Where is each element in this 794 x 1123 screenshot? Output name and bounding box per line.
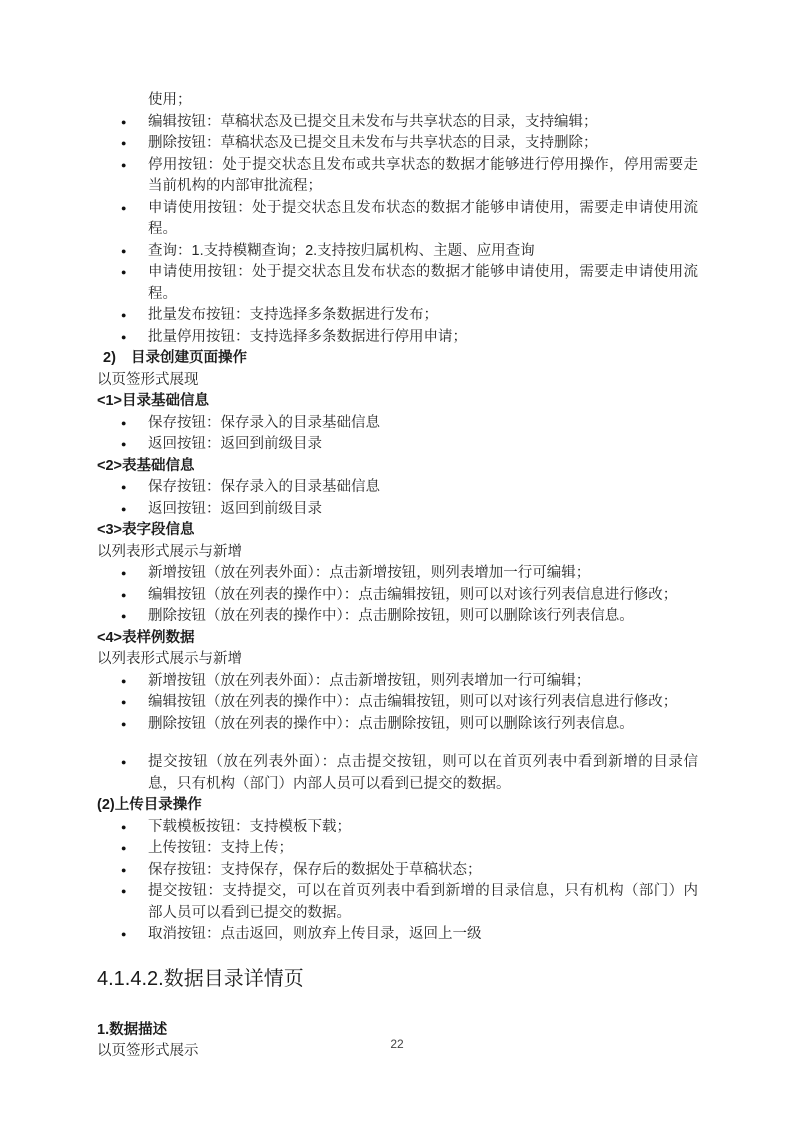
bullet-item: ●新增按钮（放在列表外面）：点击新增按钮，则列表增加一行可编辑； bbox=[97, 563, 698, 585]
bullet-icon: ● bbox=[121, 924, 126, 946]
bullet-item: ●删除按钮（放在列表的操作中）：点击删除按钮，则可以删除该行列表信息。 bbox=[97, 606, 698, 628]
bullet-item: ●提交按钮：支持提交，可以在首页列表中看到新增的目录信息，只有机构（部门）内部人… bbox=[97, 881, 698, 924]
section-title: 4.1.4.2.数据目录详情页 bbox=[97, 965, 698, 993]
bullet-item: ●返回按钮：返回到前级目录 bbox=[97, 434, 698, 456]
bullet-text: 编辑按钮（放在列表的操作中）：点击编辑按钮，则可以对该行列表信息进行修改； bbox=[148, 587, 677, 603]
bullet-icon: ● bbox=[121, 327, 126, 349]
document-body: 使用；●编辑按钮：草稿状态及已提交且未发布与共享状态的目录，支持编辑；●删除按钮… bbox=[97, 90, 698, 1063]
bullet-text: 提交按钮：支持提交，可以在首页列表中看到新增的目录信息，只有机构（部门）内部人员… bbox=[148, 883, 698, 921]
bullet-text: 保存按钮：保存录入的目录基础信息 bbox=[148, 479, 380, 495]
subsection-heading: <4>表样例数据 bbox=[97, 628, 698, 650]
bullet-icon: ● bbox=[121, 112, 126, 134]
bullet-item: ●保存按钮：支持保存，保存后的数据处于草稿状态； bbox=[97, 860, 698, 882]
bullet-item: ●编辑按钮（放在列表的操作中）：点击编辑按钮，则可以对该行列表信息进行修改； bbox=[97, 585, 698, 607]
bullet-item: ●停用按钮：处于提交状态且发布或共享状态的数据才能够进行停用操作，停用需要走当前… bbox=[97, 155, 698, 198]
bullet-icon: ● bbox=[121, 198, 126, 220]
bullet-text: 申请使用按钮：处于提交状态且发布状态的数据才能够申请使用，需要走申请使用流程。 bbox=[148, 200, 698, 238]
bullet-item: ●提交按钮（放在列表外面）：点击提交按钮，则可以在首页列表中看到新增的目录信息，… bbox=[97, 752, 698, 795]
bullet-text: 取消按钮：点击返回，则放弃上传目录，返回上一级 bbox=[148, 926, 482, 942]
bullet-icon: ● bbox=[121, 817, 126, 839]
continuation-line: 使用； bbox=[97, 90, 698, 112]
bullet-text: 上传按钮：支持上传； bbox=[148, 840, 293, 856]
bullet-text: 批量停用按钮：支持选择多条数据进行停用申请； bbox=[148, 329, 467, 345]
numbered-heading: 2)目录创建页面操作 bbox=[97, 348, 698, 370]
bullet-text: 新增按钮（放在列表外面）：点击新增按钮，则列表增加一行可编辑； bbox=[148, 673, 590, 689]
bold-heading: (2)上传目录操作 bbox=[97, 795, 698, 817]
bullet-icon: ● bbox=[121, 477, 126, 499]
heading-number: 2) bbox=[103, 348, 131, 370]
subsection-heading: <1>目录基础信息 bbox=[97, 391, 698, 413]
bullet-icon: ● bbox=[121, 838, 126, 860]
bullet-item: ●删除按钮（放在列表的操作中）：点击删除按钮，则可以删除该行列表信息。 bbox=[97, 714, 698, 736]
bullet-icon: ● bbox=[121, 499, 126, 521]
bullet-icon: ● bbox=[121, 155, 126, 177]
bullet-item: ●批量停用按钮：支持选择多条数据进行停用申请； bbox=[97, 327, 698, 349]
page-number: 22 bbox=[0, 1037, 794, 1051]
bullet-text: 批量发布按钮：支持选择多条数据进行发布； bbox=[148, 307, 438, 323]
paragraph-line: 以页签形式展现 bbox=[97, 370, 698, 392]
bullet-icon: ● bbox=[121, 133, 126, 155]
heading-text: 目录创建页面操作 bbox=[131, 350, 247, 366]
bullet-text: 返回按钮：返回到前级目录 bbox=[148, 501, 322, 517]
bullet-icon: ● bbox=[121, 860, 126, 882]
bullet-text: 停用按钮：处于提交状态且发布或共享状态的数据才能够进行停用操作，停用需要走当前机… bbox=[148, 157, 698, 195]
bullet-item: ●下载模板按钮：支持模板下载； bbox=[97, 817, 698, 839]
bullet-icon: ● bbox=[121, 714, 126, 736]
bullet-item: ●申请使用按钮：处于提交状态且发布状态的数据才能够申请使用，需要走申请使用流程。 bbox=[97, 262, 698, 305]
bullet-item: ●返回按钮：返回到前级目录 bbox=[97, 499, 698, 521]
bullet-item: ●保存按钮：保存录入的目录基础信息 bbox=[97, 477, 698, 499]
paragraph-line: 以列表形式展示与新增 bbox=[97, 542, 698, 564]
bullet-icon: ● bbox=[121, 413, 126, 435]
bullet-item: ●申请使用按钮：处于提交状态且发布状态的数据才能够申请使用，需要走申请使用流程。 bbox=[97, 198, 698, 241]
bullet-text: 新增按钮（放在列表外面）：点击新增按钮，则列表增加一行可编辑； bbox=[148, 565, 590, 581]
paragraph-line: 以列表形式展示与新增 bbox=[97, 649, 698, 671]
bullet-icon: ● bbox=[121, 752, 126, 774]
document-page: 使用；●编辑按钮：草稿状态及已提交且未发布与共享状态的目录，支持编辑；●删除按钮… bbox=[0, 0, 794, 1123]
bullet-text: 删除按钮（放在列表的操作中）：点击删除按钮，则可以删除该行列表信息。 bbox=[148, 608, 634, 624]
bullet-item: ●查询：1.支持模糊查询；2.支持按归属机构、主题、应用查询 bbox=[97, 241, 698, 263]
bullet-icon: ● bbox=[121, 262, 126, 284]
bullet-item: ●新增按钮（放在列表外面）：点击新增按钮，则列表增加一行可编辑； bbox=[97, 671, 698, 693]
bullet-text: 编辑按钮（放在列表的操作中）：点击编辑按钮，则可以对该行列表信息进行修改； bbox=[148, 694, 677, 710]
bullet-item: ●编辑按钮（放在列表的操作中）：点击编辑按钮，则可以对该行列表信息进行修改； bbox=[97, 692, 698, 714]
bullet-item: ●取消按钮：点击返回，则放弃上传目录，返回上一级 bbox=[97, 924, 698, 946]
bullet-text: 保存按钮：支持保存，保存后的数据处于草稿状态； bbox=[148, 862, 482, 878]
bullet-item: ●上传按钮：支持上传； bbox=[97, 838, 698, 860]
bullet-item: ●批量发布按钮：支持选择多条数据进行发布； bbox=[97, 305, 698, 327]
subsection-heading: <2>表基础信息 bbox=[97, 456, 698, 478]
bullet-text: 返回按钮：返回到前级目录 bbox=[148, 436, 322, 452]
bullet-icon: ● bbox=[121, 563, 126, 585]
bullet-text: 保存按钮：保存录入的目录基础信息 bbox=[148, 415, 380, 431]
bullet-item: ●删除按钮：草稿状态及已提交且未发布与共享状态的目录，支持删除； bbox=[97, 133, 698, 155]
bullet-text: 编辑按钮：草稿状态及已提交且未发布与共享状态的目录，支持编辑； bbox=[148, 114, 598, 130]
bullet-icon: ● bbox=[121, 671, 126, 693]
bullet-text: 查询：1.支持模糊查询；2.支持按归属机构、主题、应用查询 bbox=[148, 243, 535, 259]
bullet-icon: ● bbox=[121, 305, 126, 327]
bullet-icon: ● bbox=[121, 585, 126, 607]
bullet-icon: ● bbox=[121, 692, 126, 714]
subsection-heading: <3>表字段信息 bbox=[97, 520, 698, 542]
bullet-item: ●保存按钮：保存录入的目录基础信息 bbox=[97, 413, 698, 435]
bullet-item: ●编辑按钮：草稿状态及已提交且未发布与共享状态的目录，支持编辑； bbox=[97, 112, 698, 134]
bullet-text: 删除按钮（放在列表的操作中）：点击删除按钮，则可以删除该行列表信息。 bbox=[148, 716, 634, 732]
list-spacer bbox=[97, 735, 698, 752]
bullet-icon: ● bbox=[121, 434, 126, 456]
bullet-icon: ● bbox=[121, 241, 126, 263]
bullet-icon: ● bbox=[121, 881, 126, 903]
bullet-text: 下载模板按钮：支持模板下载； bbox=[148, 819, 351, 835]
bullet-icon: ● bbox=[121, 606, 126, 628]
bullet-text: 申请使用按钮：处于提交状态且发布状态的数据才能够申请使用，需要走申请使用流程。 bbox=[148, 264, 698, 302]
bullet-text: 提交按钮（放在列表外面）：点击提交按钮，则可以在首页列表中看到新增的目录信息，只… bbox=[148, 754, 698, 792]
bullet-text: 删除按钮：草稿状态及已提交且未发布与共享状态的目录，支持删除； bbox=[148, 135, 598, 151]
